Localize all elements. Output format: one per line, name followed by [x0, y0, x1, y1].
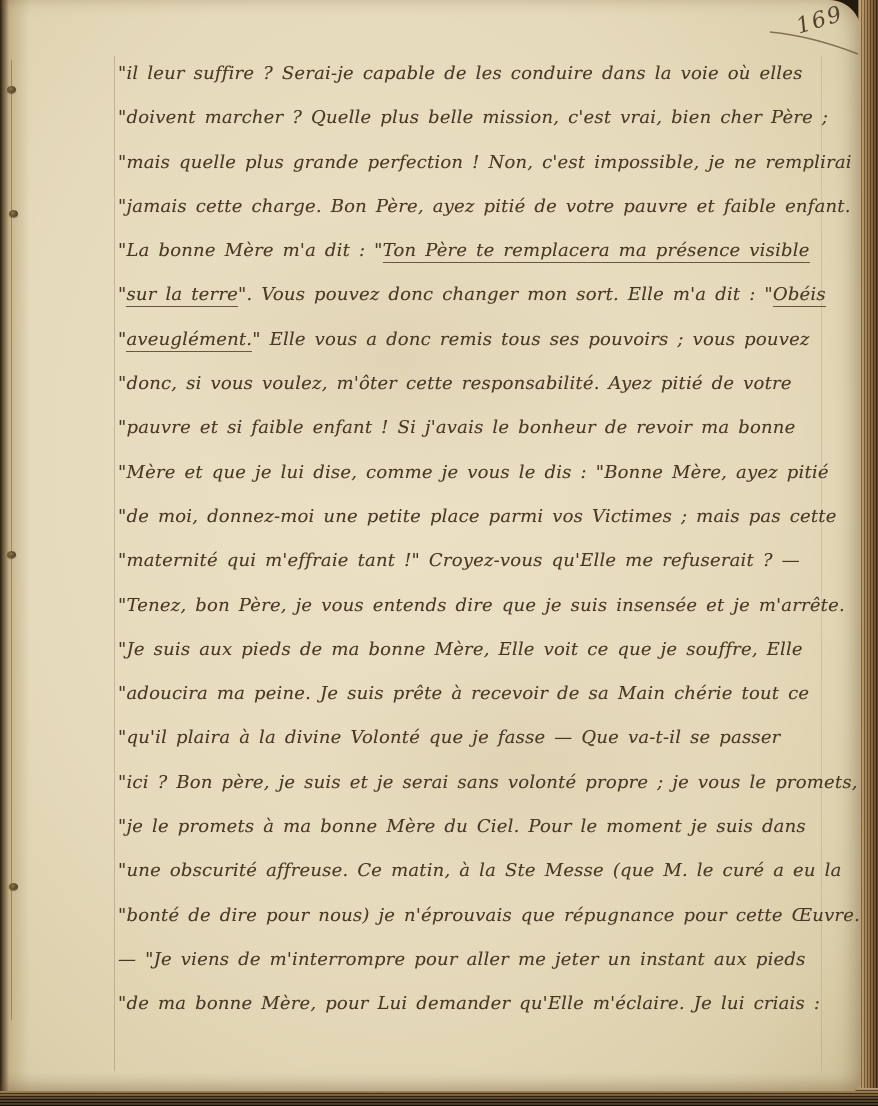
text-segment: "jamais cette charge. Bon Père, ayez pit… [118, 196, 851, 217]
manuscript-line: "il leur suffire ? Serai-je capable de l… [118, 52, 848, 96]
manuscript-line: "pauvre et si faible enfant ! Si j'avais… [118, 406, 848, 450]
manuscript-page: 169 "il leur suffire ? Serai-je capable … [0, 0, 861, 1091]
underlined-text: Obéis [773, 284, 826, 307]
manuscript-line: "qu'il plaira à la divine Volonté que je… [118, 716, 848, 760]
manuscript-line: "aveuglément." Elle vous a donc remis to… [118, 318, 848, 362]
manuscript-line: "ici ? Bon père, je suis et je serai san… [118, 761, 848, 805]
text-segment: "adoucira ma peine. Je suis prête à rece… [118, 683, 809, 704]
text-segment: "Je suis aux pieds de ma bonne Mère, Ell… [118, 639, 803, 660]
underlined-text: aveuglément. [126, 329, 252, 352]
manuscript-line: "jamais cette charge. Bon Père, ayez pit… [118, 185, 848, 229]
text-segment: "doivent marcher ? Quelle plus belle mis… [118, 107, 828, 128]
text-segment: "La bonne Mère m'a dit : " [118, 240, 383, 261]
manuscript-line: "Mère et que je lui dise, comme je vous … [118, 451, 848, 495]
underlined-text: sur la terre [126, 284, 238, 307]
manuscript-line: "sur la terre". Vous pouvez donc changer… [118, 273, 848, 317]
text-segment: "de ma bonne Mère, pour Lui demander qu'… [118, 993, 820, 1014]
page-number: 169 [793, 2, 846, 40]
binding-stitch-knot [9, 883, 18, 890]
manuscript-line: "donc, si vous voulez, m'ôter cette resp… [118, 362, 848, 406]
text-segment: "maternité qui m'effraie tant !" Croyez-… [118, 550, 800, 571]
text-segment: "de moi, donnez-moi une petite place par… [118, 506, 837, 527]
binding-stitch-knot [7, 86, 16, 93]
manuscript-text: "il leur suffire ? Serai-je capable de l… [118, 52, 848, 1027]
margin-rule-left [114, 56, 115, 1071]
binding-stitch-knot [7, 551, 16, 558]
text-segment: "donc, si vous voulez, m'ôter cette resp… [118, 373, 792, 394]
manuscript-line: "de moi, donnez-moi une petite place par… [118, 495, 848, 539]
text-segment: "qu'il plaira à la divine Volonté que je… [118, 727, 780, 748]
text-segment: " Elle vous a donc remis tous ses pouvoi… [252, 329, 809, 350]
text-segment: "pauvre et si faible enfant ! Si j'avais… [118, 417, 795, 438]
binding-stitch-knot [9, 210, 18, 217]
manuscript-line: "bonté de dire pour nous) je n'éprouvais… [118, 894, 848, 938]
manuscript-line: "Tenez, bon Père, je vous entends dire q… [118, 584, 848, 628]
manuscript-line: "maternité qui m'effraie tant !" Croyez-… [118, 539, 848, 583]
manuscript-line: "de ma bonne Mère, pour Lui demander qu'… [118, 982, 848, 1026]
text-segment: "je le promets à ma bonne Mère du Ciel. … [118, 816, 806, 837]
text-segment: "il leur suffire ? Serai-je capable de l… [118, 63, 803, 84]
text-segment: "Mère et que je lui dise, comme je vous … [118, 462, 829, 483]
page-stack-edge-right [858, 0, 878, 1106]
text-segment: "mais quelle plus grande perfection ! No… [118, 152, 852, 173]
text-segment: "bonté de dire pour nous) je n'éprouvais… [118, 905, 860, 926]
manuscript-line: "doivent marcher ? Quelle plus belle mis… [118, 96, 848, 140]
text-segment: "Tenez, bon Père, je vous entends dire q… [118, 595, 845, 616]
manuscript-line: "une obscurité affreuse. Ce matin, à la … [118, 849, 848, 893]
text-segment: — "Je viens de m'interrompre pour aller … [118, 949, 806, 970]
manuscript-line: "je le promets à ma bonne Mère du Ciel. … [118, 805, 848, 849]
underlined-text: Ton Père te remplacera ma présence visib… [383, 240, 810, 263]
book-photo: 169 "il leur suffire ? Serai-je capable … [0, 0, 878, 1106]
text-segment: ". Vous pouvez donc changer mon sort. El… [238, 284, 773, 305]
manuscript-line: "Je suis aux pieds de ma bonne Mère, Ell… [118, 628, 848, 672]
text-segment: "ici ? Bon père, je suis et je serai san… [118, 772, 858, 793]
manuscript-line: "mais quelle plus grande perfection ! No… [118, 141, 848, 185]
text-segment: "une obscurité affreuse. Ce matin, à la … [118, 860, 842, 881]
manuscript-line: "La bonne Mère m'a dit : "Ton Père te re… [118, 229, 848, 273]
binding-thread [11, 60, 12, 1020]
manuscript-line: — "Je viens de m'interrompre pour aller … [118, 938, 848, 982]
manuscript-line: "adoucira ma peine. Je suis prête à rece… [118, 672, 848, 716]
